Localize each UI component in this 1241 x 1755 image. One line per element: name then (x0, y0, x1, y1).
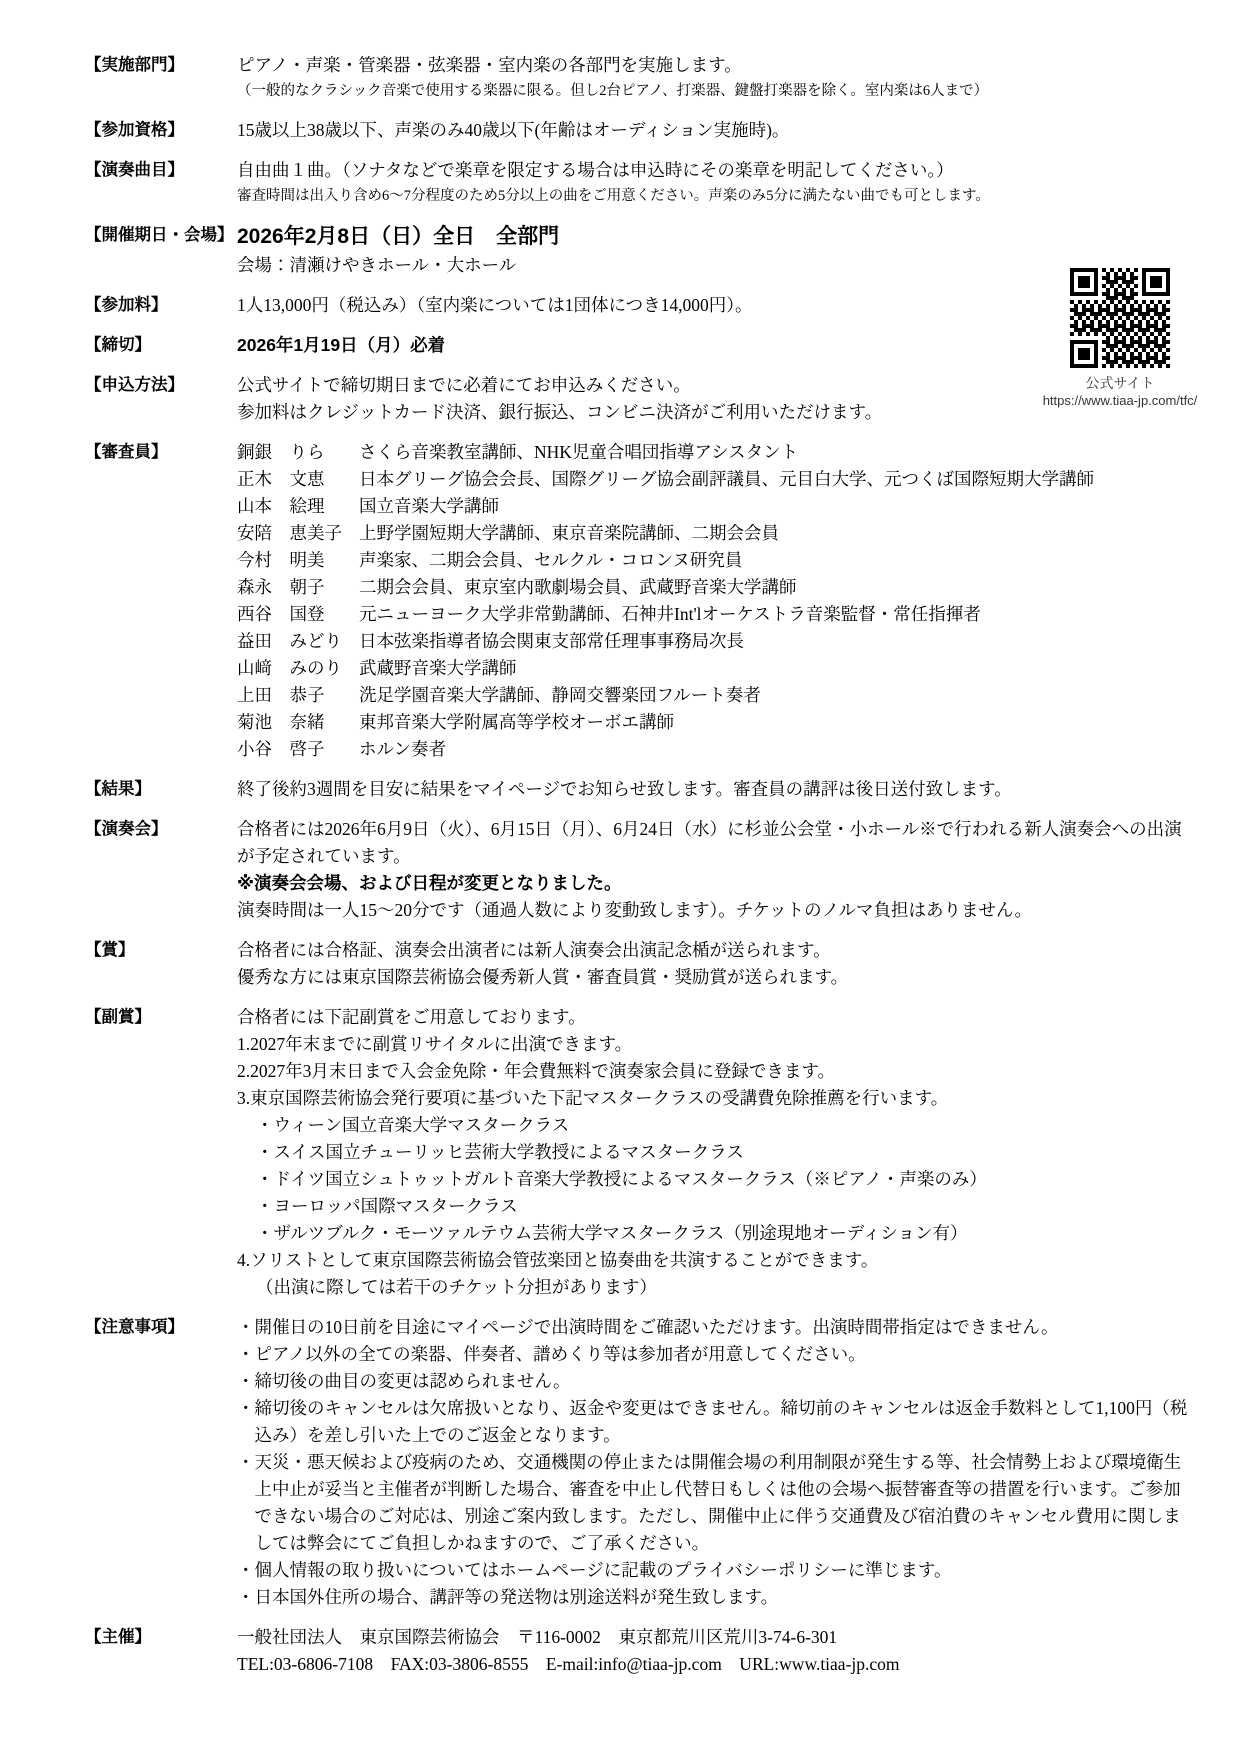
prize-item: 1.2027年末までに副賞リサイタルに出演できます。 (237, 1031, 1196, 1058)
section-label: 【主催】 (85, 1624, 237, 1651)
masterclass-item: ・ドイツ国立シュトゥットガルト音楽大学教授によるマスタークラス（※ピアノ・声楽の… (237, 1166, 1196, 1193)
judge-title: 日本弦楽指導者協会関東支部常任理事事務局次長 (359, 628, 1196, 655)
judge-name: 小谷 啓子 (237, 736, 359, 763)
concert-change-notice: ※演奏会会場、および日程が変更となりました。 (237, 870, 1196, 897)
section-content: 合格者には下記副賞をご用意しております。 1.2027年末までに副賞リサイタルに… (237, 1004, 1196, 1301)
section-content: 合格者には合格証、演奏会出演者には新人演奏会出演記念楯が送られます。 優秀な方に… (237, 937, 1196, 991)
judge-title: 武蔵野音楽大学講師 (359, 655, 1196, 682)
section-label: 【結果】 (85, 776, 237, 803)
section-divisions: 【実施部門】 ピアノ・声楽・管楽器・弦楽器・室内楽の各部門を実施します。 （一般… (85, 52, 1196, 104)
judge-name: 上田 恭子 (237, 682, 359, 709)
judge-name: 正木 文恵 (237, 466, 359, 493)
judge-row: 小谷 啓子ホルン奏者 (237, 736, 1196, 763)
organizer-address: 一般社団法人 東京国際芸術協会 〒116-0002 東京都荒川区荒川3-74-6… (237, 1624, 1196, 1651)
judges-list: 銅銀 りらさくら音楽教室講師、NHK児童合唱団指導アシスタント 正木 文恵日本グ… (237, 439, 1196, 763)
judge-name: 山﨑 みのり (237, 655, 359, 682)
note-item: ・日本国外住所の場合、講評等の発送物は別途送料が発生致します。 (237, 1584, 1196, 1611)
judge-name: 今村 明美 (237, 547, 359, 574)
section-label: 【参加資格】 (85, 117, 237, 144)
judge-row: 今村 明美声楽家、二期会会員、セルクル・コロンヌ研究員 (237, 547, 1196, 574)
event-date: 2026年2月8日（日）全日 全部門 (237, 222, 1196, 252)
judge-name: 益田 みどり (237, 628, 359, 655)
concert-dates-text: 合格者には2026年6月9日（火）、6月15日（月）、6月24日（水）に杉並公会… (237, 816, 1196, 870)
section-label: 【審査員】 (85, 439, 237, 466)
judge-row: 正木 文恵日本グリーグ協会会長、国際グリーグ協会副評議員、元目白大学、元つくば国… (237, 466, 1196, 493)
repertoire-note: 審査時間は出入り含め6～7分程度のため5分以上の曲をご用意ください。声楽のみ5分… (237, 184, 1196, 209)
judge-row: 安陪 恵美子上野学園短期大学講師、東京音楽院講師、二期会会員 (237, 520, 1196, 547)
prize-item-note: （出演に際しては若干のチケット分担があります） (237, 1274, 1196, 1301)
judge-title: ホルン奏者 (359, 736, 1196, 763)
note-item: ・締切後のキャンセルは欠席扱いとなり、返金や変更はできません。締切前のキャンセル… (237, 1395, 1196, 1449)
judge-title: 上野学園短期大学講師、東京音楽院講師、二期会会員 (359, 520, 1196, 547)
organizer-contact: TEL:03-6806-7108 FAX:03-3806-8555 E-mail… (237, 1651, 1196, 1678)
section-organizer: 【主催】 一般社団法人 東京国際芸術協会 〒116-0002 東京都荒川区荒川3… (85, 1624, 1196, 1678)
eligibility-text: 15歳以上38歳以下、声楽のみ40歳以下(年齢はオーディション実施時)。 (237, 117, 1196, 144)
judge-name: 山本 絵理 (237, 493, 359, 520)
section-content: 合格者には2026年6月9日（火）、6月15日（月）、6月24日（水）に杉並公会… (237, 816, 1196, 924)
section-content: 自由曲１曲。（ソナタなどで楽章を限定する場合は申込時にその楽章を明記してください… (237, 157, 1196, 209)
prize-item: 4.ソリストとして東京国際芸術協会管弦楽団と協奏曲を共演することができます。 (237, 1247, 1196, 1274)
awards-special-text: 優秀な方には東京国際芸術協会優秀新人賞・審査員賞・奨励賞が送られます。 (237, 964, 1196, 991)
section-label: 【参加料】 (85, 292, 237, 319)
section-notes: 【注意事項】 ・開催日の10日前を目途にマイページで出演時間をご確認いただけます… (85, 1314, 1196, 1611)
official-site-qr-block: 公式サイト https://www.tiaa-jp.com/tfc/ (1014, 268, 1226, 410)
section-label: 【副賞】 (85, 1004, 237, 1031)
judge-name: 西谷 国登 (237, 601, 359, 628)
divisions-note: （一般的なクラシック音楽で使用する楽器に限る。但し2台ピアノ、打楽器、鍵盤打楽器… (237, 79, 1196, 104)
divisions-text: ピアノ・声楽・管楽器・弦楽器・室内楽の各部門を実施します。 (237, 52, 1196, 79)
masterclass-item: ・ウィーン国立音楽大学マスタークラス (237, 1112, 1196, 1139)
note-item: ・天災・悪天候および疫病のため、交通機関の停止または開催会場の利用制限が発生する… (237, 1449, 1196, 1557)
judge-title: さくら音楽教室講師、NHK児童合唱団指導アシスタント (359, 439, 1196, 466)
section-label: 【賞】 (85, 937, 237, 964)
judge-row: 菊池 奈緒東邦音楽大学附属高等学校オーボエ講師 (237, 709, 1196, 736)
prizes-intro: 合格者には下記副賞をご用意しております。 (237, 1004, 1196, 1031)
judge-row: 山﨑 みのり武蔵野音楽大学講師 (237, 655, 1196, 682)
section-label: 【注意事項】 (85, 1314, 237, 1341)
qr-url: https://www.tiaa-jp.com/tfc/ (1014, 392, 1226, 410)
section-label: 【演奏会】 (85, 816, 237, 843)
note-item: ・個人情報の取り扱いについてはホームページに記載のプライバシーポリシーに準じます… (237, 1557, 1196, 1584)
section-content: ピアノ・声楽・管楽器・弦楽器・室内楽の各部門を実施します。 （一般的なクラシック… (237, 52, 1196, 104)
note-item: ・締切後の曲目の変更は認められません。 (237, 1368, 1196, 1395)
judge-title: 元ニューヨーク大学非常勤講師、石神井Int'lオーケストラ音楽監督・常任指揮者 (359, 601, 1196, 628)
qr-code-icon (1070, 268, 1170, 368)
judge-title: 日本グリーグ協会会長、国際グリーグ協会副評議員、元目白大学、元つくば国際短期大学… (359, 466, 1196, 493)
judge-title: 国立音楽大学講師 (359, 493, 1196, 520)
section-concert: 【演奏会】 合格者には2026年6月9日（火）、6月15日（月）、6月24日（水… (85, 816, 1196, 924)
section-repertoire: 【演奏曲目】 自由曲１曲。（ソナタなどで楽章を限定する場合は申込時にその楽章を明… (85, 157, 1196, 209)
section-label: 【開催期日・会場】 (85, 222, 237, 249)
judge-row: 山本 絵理国立音楽大学講師 (237, 493, 1196, 520)
section-eligibility: 【参加資格】 15歳以上38歳以下、声楽のみ40歳以下(年齢はオーディション実施… (85, 117, 1196, 144)
section-label: 【演奏曲目】 (85, 157, 237, 184)
section-label: 【実施部門】 (85, 52, 237, 79)
section-results: 【結果】 終了後約3週間を目安に結果をマイページでお知らせ致します。審査員の講評… (85, 776, 1196, 803)
judge-name: 菊池 奈緒 (237, 709, 359, 736)
section-judges: 【審査員】 銅銀 りらさくら音楽教室講師、NHK児童合唱団指導アシスタント 正木… (85, 439, 1196, 763)
judge-name: 銅銀 りら (237, 439, 359, 466)
section-label: 【申込方法】 (85, 372, 237, 399)
judge-title: 二期会会員、東京室内歌劇場会員、武蔵野音楽大学講師 (359, 574, 1196, 601)
prize-item: 3.東京国際芸術協会発行要項に基づいた下記マスタークラスの受講費免除推薦を行いま… (237, 1085, 1196, 1112)
judge-name: 安陪 恵美子 (237, 520, 359, 547)
judge-row: 益田 みどり日本弦楽指導者協会関東支部常任理事事務局次長 (237, 628, 1196, 655)
judge-title: 東邦音楽大学附属高等学校オーボエ講師 (359, 709, 1196, 736)
section-content: 終了後約3週間を目安に結果をマイページでお知らせ致します。審査員の講評は後日送付… (237, 776, 1196, 803)
judge-name: 森永 朝子 (237, 574, 359, 601)
note-item: ・ピアノ以外の全ての楽器、伴奏者、譜めくり等は参加者が用意してください。 (237, 1341, 1196, 1368)
audition-guidelines-document: 【実施部門】 ピアノ・声楽・管楽器・弦楽器・室内楽の各部門を実施します。 （一般… (0, 0, 1241, 1678)
qr-caption: 公式サイト (1014, 374, 1226, 392)
prize-item: 2.2027年3月末日まで入会金免除・年会費無料で演奏家会員に登録できます。 (237, 1058, 1196, 1085)
section-awards: 【賞】 合格者には合格証、演奏会出演者には新人演奏会出演記念楯が送られます。 優… (85, 937, 1196, 991)
judge-title: 洗足学園音楽大学講師、静岡交響楽団フルート奏者 (359, 682, 1196, 709)
masterclass-item: ・ヨーロッパ国際マスタークラス (237, 1193, 1196, 1220)
results-text: 終了後約3週間を目安に結果をマイページでお知らせ致します。審査員の講評は後日送付… (237, 776, 1196, 803)
section-label: 【締切】 (85, 332, 237, 359)
section-content: 15歳以上38歳以下、声楽のみ40歳以下(年齢はオーディション実施時)。 (237, 117, 1196, 144)
section-supplementary-prizes: 【副賞】 合格者には下記副賞をご用意しております。 1.2027年末までに副賞リ… (85, 1004, 1196, 1301)
judge-row: 森永 朝子二期会会員、東京室内歌劇場会員、武蔵野音楽大学講師 (237, 574, 1196, 601)
section-content: 一般社団法人 東京国際芸術協会 〒116-0002 東京都荒川区荒川3-74-6… (237, 1624, 1196, 1678)
judge-row: 銅銀 りらさくら音楽教室講師、NHK児童合唱団指導アシスタント (237, 439, 1196, 466)
notes-list: ・開催日の10日前を目途にマイページで出演時間をご確認いただけます。出演時間帯指… (237, 1314, 1196, 1611)
masterclass-item: ・スイス国立チューリッヒ芸術大学教授によるマスタークラス (237, 1139, 1196, 1166)
judge-row: 西谷 国登元ニューヨーク大学非常勤講師、石神井Int'lオーケストラ音楽監督・常… (237, 601, 1196, 628)
judge-row: 上田 恭子洗足学園音楽大学講師、静岡交響楽団フルート奏者 (237, 682, 1196, 709)
judge-title: 声楽家、二期会会員、セルクル・コロンヌ研究員 (359, 547, 1196, 574)
repertoire-text: 自由曲１曲。（ソナタなどで楽章を限定する場合は申込時にその楽章を明記してください… (237, 157, 1196, 184)
masterclass-item: ・ザルツブルク・モーツァルテウム芸術大学マスタークラス（別途現地オーディション有… (237, 1220, 1196, 1247)
awards-text: 合格者には合格証、演奏会出演者には新人演奏会出演記念楯が送られます。 (237, 937, 1196, 964)
concert-duration-text: 演奏時間は一人15～20分です（通過人数により変動致します）。チケットのノルマ負… (237, 897, 1196, 924)
note-item: ・開催日の10日前を目途にマイページで出演時間をご確認いただけます。出演時間帯指… (237, 1314, 1196, 1341)
